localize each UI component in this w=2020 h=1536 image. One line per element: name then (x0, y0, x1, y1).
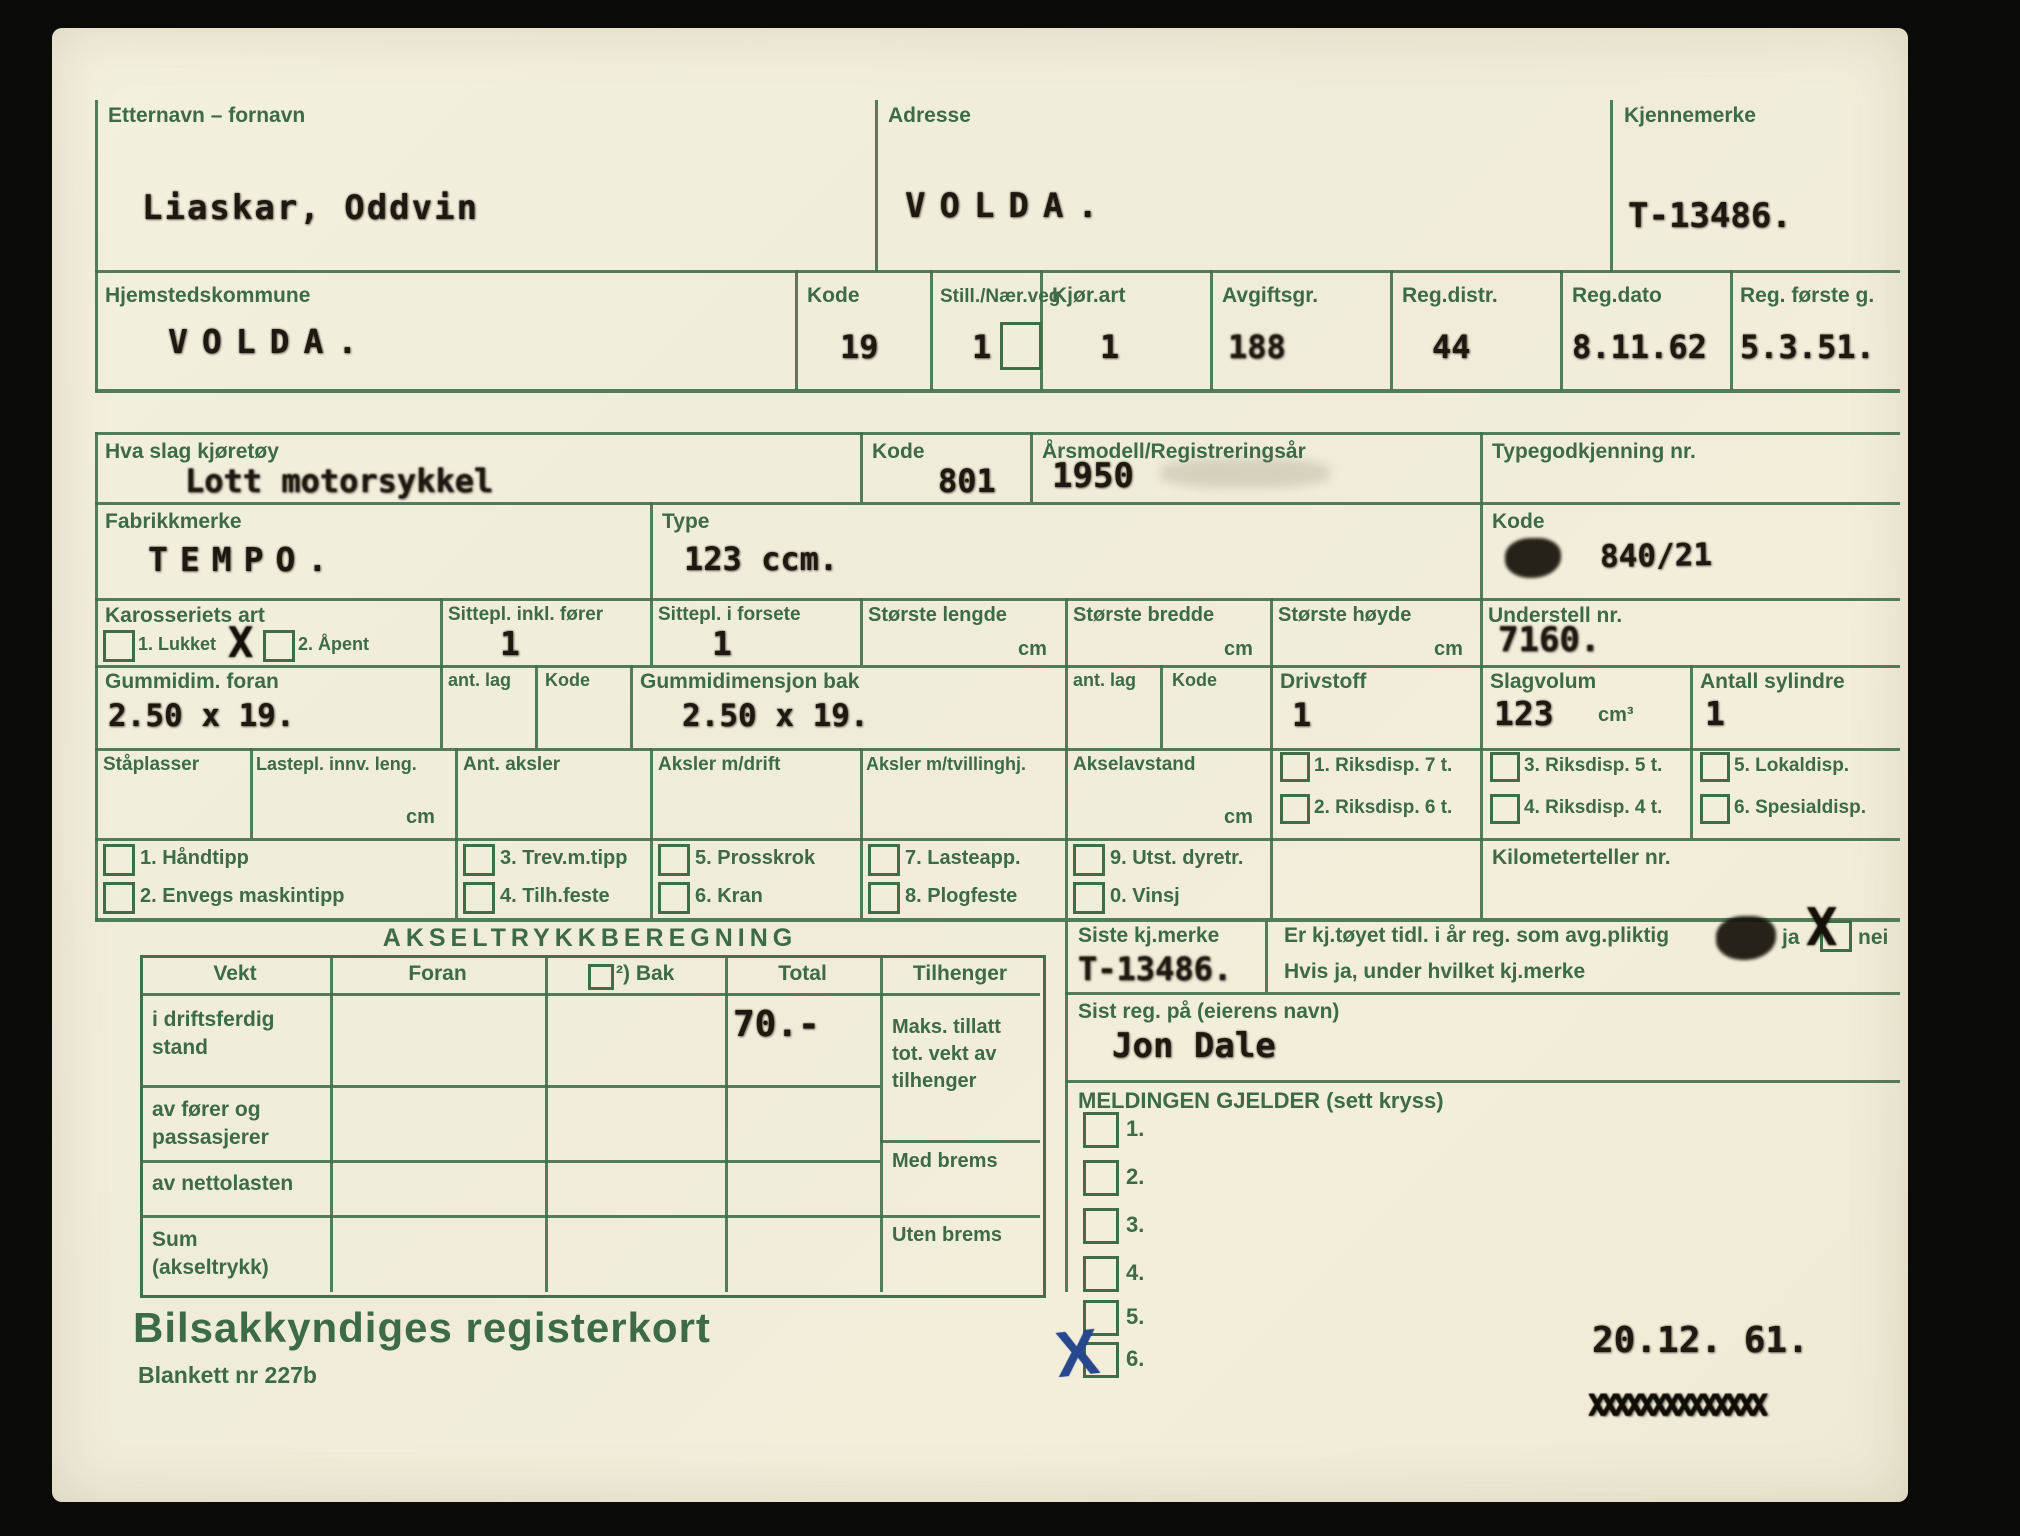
divider-line (795, 270, 798, 390)
prosskrok-checkbox[interactable] (658, 844, 690, 876)
kode-label: Kode (807, 284, 860, 308)
gummi-foran-label: Gummidim. foran (105, 670, 279, 694)
divider-line (1270, 748, 1273, 838)
riksdisp5-checkbox[interactable] (1490, 752, 1520, 782)
axle-col-vekt-text: Vekt (140, 962, 330, 986)
divider-line (630, 665, 633, 748)
divider-line (1065, 748, 1068, 838)
handtipp-checkbox[interactable] (103, 844, 135, 876)
divider-line (1610, 100, 1613, 272)
divider-line (860, 748, 863, 838)
lastepl-label: Lastepl. innv. leng. (256, 754, 417, 775)
drivstoff-value: 1 (1292, 696, 1311, 734)
avgiftsgr-label: Avgiftsgr. (1222, 284, 1318, 308)
spesialdisp-checkbox[interactable] (1700, 794, 1730, 824)
prosskrok-label: 5. Prosskrok (695, 847, 815, 870)
staplasser-label: Ståplasser (103, 754, 199, 776)
divider-line (1690, 665, 1693, 748)
kjorart-value: 1 (1100, 328, 1119, 366)
kjennemerke-value: T-13486. (1628, 196, 1792, 236)
divider-line (860, 432, 863, 502)
adresse-label: Adresse (888, 104, 971, 128)
divider-line (95, 598, 1900, 601)
melding4-checkbox[interactable] (1083, 1256, 1119, 1292)
karosseri-lukket-label: 1. Lukket (138, 634, 216, 655)
fabrikkmerke-label: Fabrikkmerke (105, 510, 242, 534)
divider-line (1390, 270, 1393, 390)
tilhfeste-label: 4. Tilh.feste (500, 885, 610, 908)
meldingen-label: MELDINGEN GJELDER (sett kryss) (1078, 1088, 1444, 1114)
melding2-label: 2. (1126, 1164, 1144, 1190)
divider-line (1065, 665, 1068, 748)
divider-line (1065, 992, 1900, 995)
lasteapp-label: 7. Lasteapp. (905, 847, 1021, 870)
aksler-tvilling-label: Aksler m/tvillinghj. (866, 754, 1026, 775)
sittepl-forer-label: Sittepl. inkl. fører (448, 604, 603, 626)
maks-tillatt-label: Maks. tillatt tot. vekt av tilhenger (892, 1014, 1032, 1095)
antlag-bak-label: ant. lag (1073, 670, 1136, 691)
kode1-label: Kode (872, 440, 925, 464)
sist-reg-value: Jon Dale (1112, 1026, 1276, 1066)
sylindre-label: Antall sylindre (1700, 670, 1845, 694)
utst-dyretr-label: 9. Utst. dyretr. (1110, 847, 1243, 870)
divider-line (140, 1085, 880, 1088)
aksler-drift-label: Aksler m/drift (658, 754, 780, 776)
scanned-registration-card: Etternavn – fornavn Liaskar, Oddvin Adre… (0, 0, 2020, 1536)
riksdisp4-checkbox[interactable] (1490, 794, 1520, 824)
divider-line (535, 665, 538, 748)
divider-line (95, 432, 98, 921)
axle-row-driftsferdig: i driftsferdig stand (152, 1006, 317, 1063)
divider-line (1480, 665, 1483, 748)
regdistr-label: Reg.distr. (1402, 284, 1498, 308)
divider-line (650, 748, 653, 838)
divider-line (875, 100, 878, 272)
lasteapp-checkbox[interactable] (868, 844, 900, 876)
regdistr-value: 44 (1432, 328, 1471, 366)
gummi-bak-value: 2.50 x 19. (682, 698, 869, 734)
melding5-label: 5. (1126, 1304, 1144, 1330)
axle-col-tilhenger-text: Tilhenger (880, 962, 1040, 986)
divider-line (1480, 432, 1483, 502)
understell-value: 7160. (1498, 620, 1600, 660)
divider-line (250, 748, 253, 838)
drivstoff-label: Drivstoff (1280, 670, 1366, 694)
sist-reg-label: Sist reg. på (eierens navn) (1078, 1000, 1339, 1024)
riksdisp7-checkbox[interactable] (1280, 752, 1310, 782)
karosseri-x-mark: X (228, 618, 253, 667)
still-naerveg-value: 1 (972, 328, 991, 366)
arsmodell-value: 1950 (1052, 456, 1134, 496)
regdato-label: Reg.dato (1572, 284, 1662, 308)
divider-line (95, 665, 1900, 668)
divider-line (1030, 432, 1033, 502)
trevmtipp-label: 3. Trev.m.tipp (500, 847, 627, 870)
vinsj-label: 0. Vinsj (1110, 885, 1180, 908)
divider-line (1690, 748, 1693, 838)
axle-col-tilhenger: Tilhenger (880, 962, 1040, 986)
axle-col-foran-text: Foran (330, 962, 545, 986)
divider-line (440, 598, 443, 665)
still-naerveg-label: Still./Nær.veg (940, 286, 1060, 308)
spesialdisp-label: 6. Spesialdisp. (1734, 797, 1866, 819)
slagvolum-label: Slagvolum (1490, 670, 1596, 694)
divider-line (140, 1160, 880, 1163)
ink-smudge (1160, 458, 1330, 488)
axle-col-total-text: Total (725, 962, 880, 986)
lastepl-cm-label: cm (406, 806, 435, 829)
divider-line (95, 748, 1900, 751)
divider-line (140, 993, 1040, 996)
nei-label: nei (1858, 926, 1888, 950)
axle-col-total: Total (725, 962, 880, 986)
divider-line (545, 955, 548, 1292)
gummi-foran-value: 2.50 x 19. (108, 698, 295, 734)
med-brems-label: Med brems (892, 1150, 998, 1173)
divider-line (140, 1215, 1040, 1218)
akselavstand-cm-label: cm (1224, 806, 1253, 829)
etternavn-value: Liaskar, Oddvin (142, 188, 479, 228)
siste-kjmerke-label: Siste kj.merke (1078, 924, 1219, 948)
fabrikkmerke-value: TEMPO. (148, 540, 339, 579)
axle-col-vekt: Vekt (140, 962, 330, 986)
sylindre-value: 1 (1705, 694, 1725, 733)
divider-line (1265, 921, 1268, 992)
lokaldisp-label: 5. Lokaldisp. (1734, 755, 1849, 777)
ja-label: ja (1782, 926, 1800, 950)
melding1-label: 1. (1126, 1116, 1144, 1142)
kode1-value: 801 (938, 462, 996, 500)
form-title: Bilsakkyndiges registerkort (133, 1304, 711, 1352)
gummi-bak-label: Gummidimensjon bak (640, 670, 859, 694)
tilhfeste-checkbox[interactable] (463, 882, 495, 914)
divider-line (650, 838, 653, 918)
kilometerteller-label: Kilometerteller nr. (1492, 846, 1671, 870)
divider-line (650, 598, 653, 665)
divider-line (95, 918, 1900, 922)
divider-line (1065, 598, 1068, 665)
vinsj-checkbox[interactable] (1073, 882, 1105, 914)
hoyde-label: Største høyde (1278, 604, 1411, 627)
divider-line (1160, 665, 1163, 748)
kode-foran-label: Kode (545, 670, 590, 691)
hoyde-cm-label: cm (1434, 638, 1463, 661)
divider-line (1065, 838, 1068, 918)
melding6-x-mark: X (1052, 1314, 1102, 1392)
melding1-checkbox[interactable] (1083, 1112, 1119, 1148)
hvis-ja-label: Hvis ja, under hvilket kj.merke (1284, 960, 1585, 984)
regforste-value: 5.3.51. (1740, 328, 1875, 366)
riksdisp7-label: 1. Riksdisp. 7 t. (1314, 755, 1452, 777)
axle-col-foran: Foran (330, 962, 545, 986)
sittepl-forsete-value: 1 (712, 624, 732, 663)
regforste-label: Reg. første g. (1740, 284, 1874, 308)
axle-row-nettolast: av nettolasten (152, 1172, 293, 1196)
lengde-cm-label: cm (1018, 638, 1047, 661)
type-label: Type (662, 510, 709, 534)
kode2-label: Kode (1492, 510, 1545, 534)
avgiftsgr-value: 188 (1228, 328, 1286, 366)
akselavstand-label: Akselavstand (1073, 754, 1196, 776)
still-naerveg-checkbox[interactable] (1000, 322, 1042, 370)
divider-line (880, 1140, 1040, 1143)
lokaldisp-checkbox[interactable] (1700, 752, 1730, 782)
divider-line (650, 502, 653, 598)
divider-line (725, 955, 728, 1292)
divider-line (455, 838, 458, 918)
karosseri-lukket-checkbox[interactable] (103, 630, 135, 662)
sittepl-forsete-label: Sittepl. i forsete (658, 604, 801, 626)
divider-line (95, 838, 1900, 841)
kode-bak-label: Kode (1172, 670, 1217, 691)
date-stamp: XXXXXXXXXXXXXX (1588, 1388, 1762, 1422)
bak-note-checkbox[interactable] (588, 964, 614, 990)
divider-line (1480, 838, 1483, 918)
divider-line (1065, 1080, 1900, 1083)
typegodkjenning-label: Typegodkjenning nr. (1492, 440, 1696, 464)
divider-line (860, 598, 863, 665)
antlag-foran-label: ant. lag (448, 670, 511, 691)
bredde-label: Største bredde (1073, 604, 1214, 627)
riksdisp5-label: 3. Riksdisp. 5 t. (1524, 755, 1662, 777)
divider-line (1065, 921, 1068, 1292)
divider-line (1270, 838, 1273, 918)
form-number: Blankett nr 227b (138, 1362, 317, 1389)
divider-line (880, 955, 883, 1292)
siste-kjmerke-value: T-13486. (1078, 950, 1232, 988)
melding3-label: 3. (1126, 1212, 1144, 1238)
kjorart-label: Kjør.art (1052, 284, 1126, 308)
axle-row-sum: Sum (akseltrykk) (152, 1226, 312, 1283)
nei-x-mark: X (1806, 898, 1837, 958)
avgpliktig-label: Er kj.tøyet tidl. i år reg. som avg.plik… (1284, 924, 1669, 948)
akseltrykk-title-text: AKSELTRYKKBEREGNING (140, 924, 1040, 953)
divider-line (930, 270, 933, 390)
envegs-checkbox[interactable] (103, 882, 135, 914)
handtipp-label: 1. Håndtipp (140, 847, 249, 870)
utst-dyretr-checkbox[interactable] (1073, 844, 1105, 876)
kode2-value: 840/21 (1600, 537, 1713, 575)
divider-line (1270, 598, 1273, 665)
bredde-cm-label: cm (1224, 638, 1253, 661)
divider-line (1480, 502, 1483, 598)
karosseri-apent-checkbox[interactable] (263, 630, 295, 662)
riksdisp4-label: 4. Riksdisp. 4 t. (1524, 797, 1662, 819)
divider-line (95, 432, 1900, 435)
hvaslag-label: Hva slag kjøretøy (105, 440, 279, 464)
dato-value: 20.12. 61. (1592, 1320, 1809, 1361)
kode-value: 19 (840, 328, 879, 366)
divider-line (1210, 270, 1213, 390)
plogfeste-label: 8. Plogfeste (905, 885, 1017, 908)
divider-line (95, 502, 1900, 505)
divider-line (1270, 665, 1273, 748)
etternavn-label: Etternavn – fornavn (108, 104, 305, 128)
divider-line (1560, 270, 1563, 390)
kjennemerke-label: Kjennemerke (1624, 104, 1756, 128)
slagvolum-value: 123 (1494, 694, 1554, 733)
uten-brems-label: Uten brems (892, 1224, 1002, 1247)
divider-line (95, 100, 98, 392)
divider-line (330, 955, 333, 1292)
type-value: 123 ccm. (684, 540, 838, 578)
hjemstedskommune-value: VOLDA. (168, 322, 371, 361)
antaksler-label: Ant. aksler (463, 754, 560, 776)
divider-line (440, 665, 443, 748)
karosseri-apent-label: 2. Åpent (298, 634, 369, 655)
trevmtipp-checkbox[interactable] (463, 844, 495, 876)
melding3-checkbox[interactable] (1083, 1208, 1119, 1244)
melding2-checkbox[interactable] (1083, 1160, 1119, 1196)
hvaslag-value: Lott motorsykkel (185, 462, 493, 500)
axle-total-driftsferdig: 70.- (733, 1004, 820, 1045)
envegs-label: 2. Envegs maskintipp (140, 885, 345, 908)
plogfeste-checkbox[interactable] (868, 882, 900, 914)
divider-line (860, 838, 863, 918)
kran-label: 6. Kran (695, 885, 763, 908)
akseltrykk-title: AKSELTRYKKBEREGNING (140, 924, 1040, 953)
sittepl-forer-value: 1 (500, 624, 520, 663)
divider-line (1480, 598, 1483, 665)
kran-checkbox[interactable] (658, 882, 690, 914)
adresse-value: VOLDA. (905, 186, 1112, 226)
riksdisp6-label: 2. Riksdisp. 6 t. (1314, 797, 1452, 819)
axle-row-forer: av fører og passasjerer (152, 1096, 317, 1153)
regdato-value: 8.11.62 (1572, 328, 1707, 366)
melding6-label: 6. (1126, 1346, 1144, 1372)
melding4-label: 4. (1126, 1260, 1144, 1286)
divider-line (1730, 270, 1733, 390)
lengde-label: Største lengde (868, 604, 1007, 627)
divider-line (1480, 748, 1483, 838)
slagvolum-cm3-label: cm³ (1598, 704, 1634, 727)
divider-line (95, 270, 1900, 273)
divider-line (95, 389, 1900, 393)
riksdisp6-checkbox[interactable] (1280, 794, 1310, 824)
hjemstedskommune-label: Hjemstedskommune (105, 284, 310, 308)
divider-line (455, 748, 458, 838)
axle-col-bak: ²) Bak (616, 962, 674, 986)
